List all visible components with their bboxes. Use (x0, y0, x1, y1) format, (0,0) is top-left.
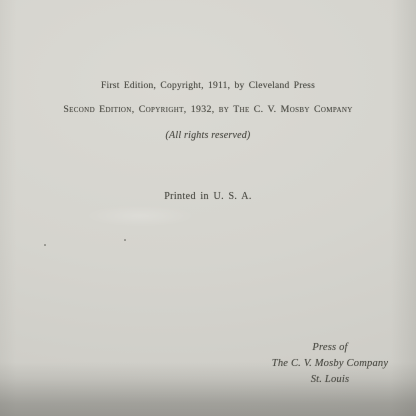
paper-speck (124, 239, 126, 241)
paper-speck (44, 244, 46, 246)
second-edition-copyright-line: Second Edition, Copyright, 1932, by The … (0, 103, 416, 117)
all-rights-reserved-line: (All rights reserved) (0, 129, 416, 142)
book-copyright-page: First Edition, Copyright, 1911, by Cleve… (0, 0, 416, 416)
printer-colophon-block: Press of The C. V. Mosby Company St. Lou… (238, 340, 416, 388)
colophon-company-line: The C. V. Mosby Company (238, 356, 416, 372)
paper-sheen-highlight (85, 205, 195, 227)
first-edition-copyright-line: First Edition, Copyright, 1911, by Cleve… (0, 80, 416, 92)
colophon-press-of-line: Press of (238, 340, 416, 356)
printed-in-usa-line: Printed in U. S. A. (0, 190, 416, 203)
colophon-city-line: St. Louis (238, 372, 416, 388)
